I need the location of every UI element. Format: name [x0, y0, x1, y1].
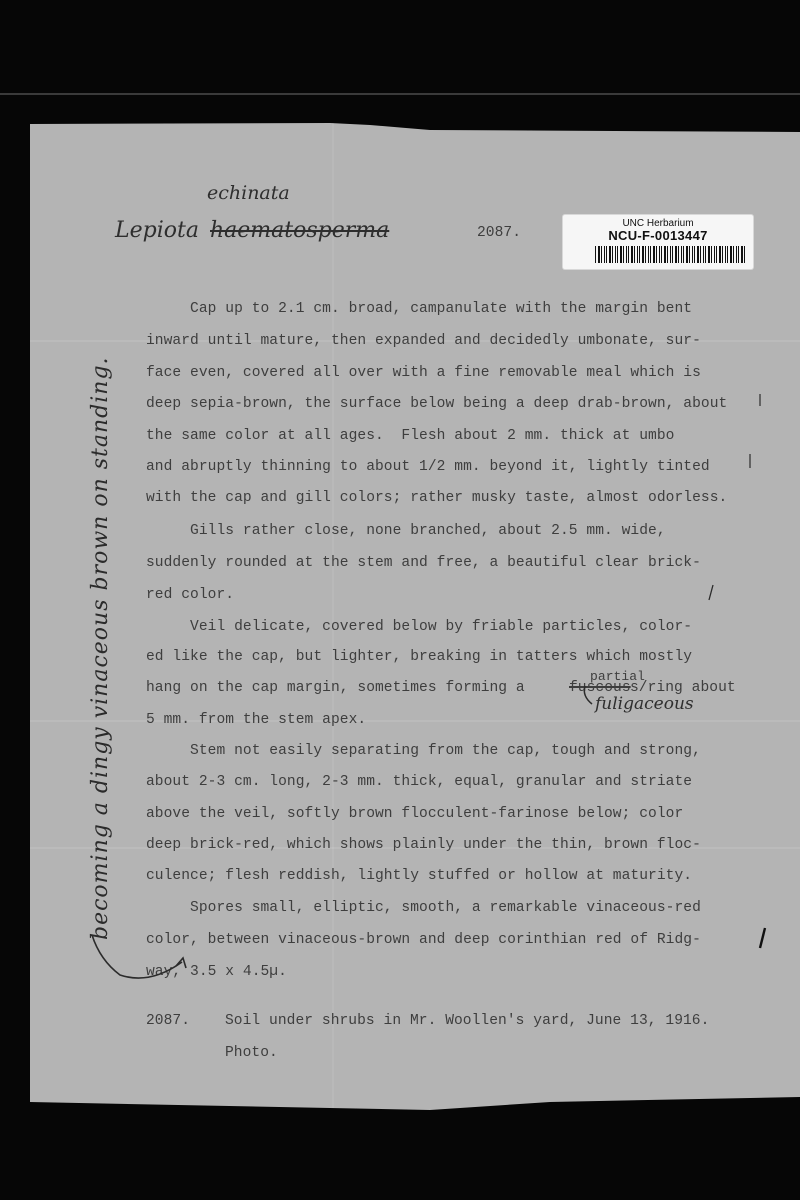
ink-correction-mark: [760, 928, 765, 948]
insertion-caret-icon: [584, 686, 592, 704]
handwritten-marks: [0, 0, 800, 1200]
pencil-tick-icon: [709, 585, 713, 600]
insertion-arrow-icon: [92, 935, 182, 978]
